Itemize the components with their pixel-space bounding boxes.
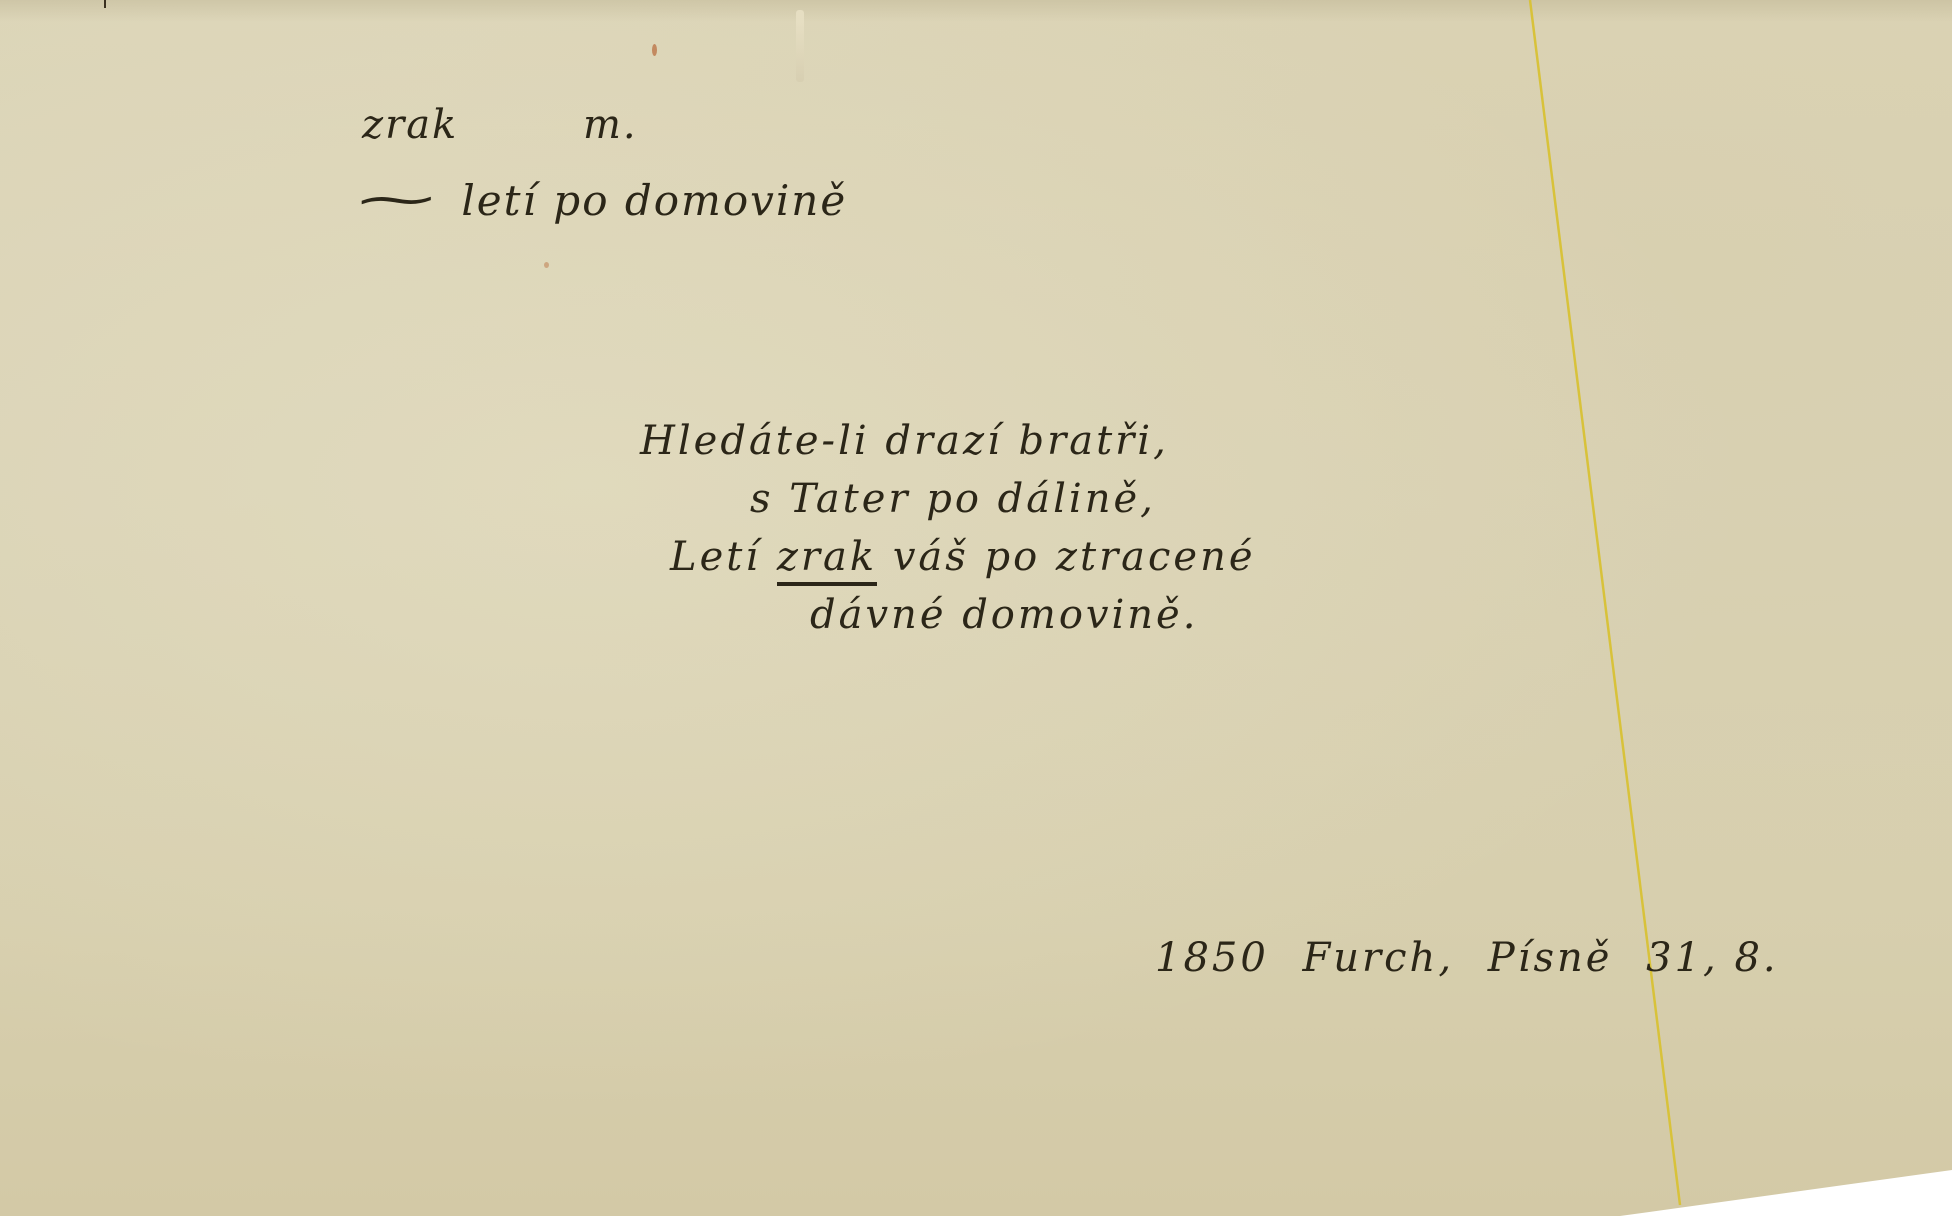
quotation-line-1: Hledáte-li drazí bratři, <box>640 418 1256 476</box>
citation-slip: zrak m. ~ letí po domovině Hledáte-li dr… <box>0 0 1952 1216</box>
phrase: letí po domovině <box>461 176 847 225</box>
citation-work: Písně <box>1488 935 1613 981</box>
quotation-line-3-end: váš po ztracené <box>877 534 1255 580</box>
quotation-stanza: Hledáte-li drazí bratři, s Tater po dáli… <box>640 418 1256 650</box>
grammar-label: m. <box>583 102 638 148</box>
underlined-headword: zrak <box>777 534 877 586</box>
source-citation: 1850 Furch, Písně 31, 8. <box>1155 935 1779 981</box>
corner-mark <box>104 0 106 8</box>
tilde-mark: ~ <box>350 172 518 226</box>
quotation-line-3: Letí zrak váš po ztracené <box>670 534 1256 592</box>
quotation-line-4: dávné domovině. <box>810 592 1256 650</box>
headword-line: zrak m. <box>362 102 638 148</box>
quotation-line-2: s Tater po dálině, <box>750 476 1256 534</box>
ink-spot <box>652 44 657 56</box>
quotation-line-3-start: Letí <box>670 534 777 580</box>
citation-year: 1850 <box>1155 935 1269 981</box>
citation-reference: 31, 8. <box>1646 935 1779 981</box>
scan-top-edge <box>0 0 1952 22</box>
paper-crease <box>796 10 804 82</box>
ink-spot <box>544 262 549 268</box>
headword: zrak <box>362 102 458 148</box>
citation-author: Furch, <box>1303 935 1455 981</box>
phrase-line: ~ letí po domovině <box>350 172 847 226</box>
